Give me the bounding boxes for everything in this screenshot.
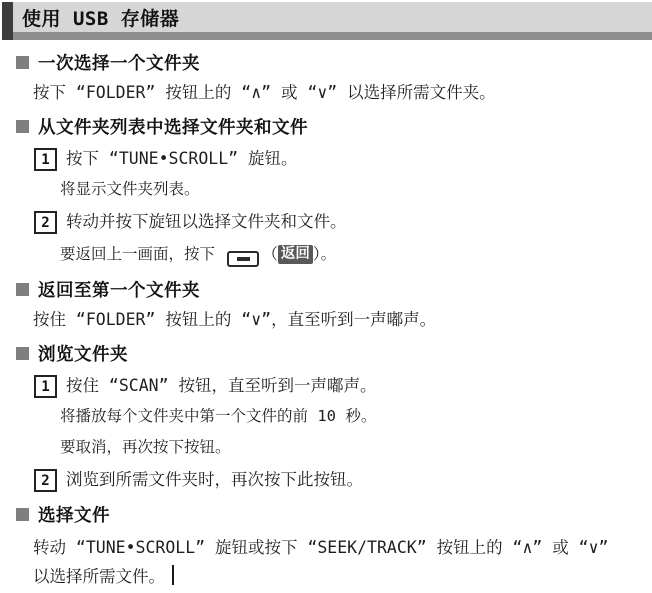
section-heading-label: 选择文件 (38, 502, 110, 527)
section-heading-browse-folders: 浏览文件夹 (16, 342, 652, 364)
back-button-dash (237, 257, 250, 261)
section-body-text: 按下 “FOLDER” 按钮上的 “∧” 或 “∨” 以选择所需文件夹。 (33, 82, 652, 104)
step-text: 浏览到所需文件夹时，再次按下此按钮。 (66, 468, 363, 492)
step-row: 1 按住 “SCAN” 按钮，直至听到一声嘟声。 (34, 374, 652, 398)
paren-close: ）。 (313, 245, 336, 263)
header-band: 使用 USB 存储器 (13, 2, 652, 40)
paren-open: （ (262, 245, 278, 263)
section-body-text: 按住 “FOLDER” 按钮上的 “∨”，直至听到一声嘟声。 (33, 309, 652, 331)
step-number-box: 2 (34, 211, 57, 234)
square-bullet-icon (16, 283, 29, 296)
section-heading-select-one-folder: 一次选择一个文件夹 (16, 51, 652, 73)
section-heading-select-file: 选择文件 (16, 503, 652, 525)
step-note: 将显示文件夹列表。 (60, 179, 652, 200)
step-note: 要取消，再次按下按钮。 (60, 437, 652, 458)
manual-content: 一次选择一个文件夹 按下 “FOLDER” 按钮上的 “∧” 或 “∨” 以选择… (0, 51, 652, 591)
section-heading-select-from-list: 从文件夹列表中选择文件夹和文件 (16, 115, 652, 137)
square-bullet-icon (16, 120, 29, 133)
section-body-inline: 转动 “TUNE•SCROLL” 旋钮或按下 “SEEK/TRACK” 按钮上的… (33, 538, 609, 586)
step-note-text: 要返回上一画面，按下 (60, 245, 224, 263)
section-heading-label: 返回至第一个文件夹 (38, 277, 200, 302)
step-note: 将播放每个文件夹中第一个文件的前 10 秒。 (60, 406, 652, 427)
square-bullet-icon (16, 508, 29, 521)
step-note-with-button: 要返回上一画面，按下 （返回）。 (60, 244, 652, 267)
square-bullet-icon (16, 56, 29, 69)
return-button-badge: 返回 (278, 245, 313, 264)
text-caret[interactable] (172, 565, 174, 585)
section-heading-label: 浏览文件夹 (38, 341, 128, 366)
step-row: 2 浏览到所需文件夹时，再次按下此按钮。 (34, 468, 652, 492)
step-number-box: 2 (34, 469, 57, 492)
back-button-icon (227, 251, 259, 267)
step-row: 1 按下 “TUNE•SCROLL” 旋钮。 (34, 147, 652, 171)
header-band-light: 使用 USB 存储器 (13, 2, 652, 32)
header-accent-bar (2, 2, 13, 40)
page-title: 使用 USB 存储器 (13, 4, 179, 31)
header-underline (13, 32, 652, 40)
step-text: 按下 “TUNE•SCROLL” 旋钮。 (66, 147, 298, 171)
step-text: 按住 “SCAN” 按钮，直至听到一声嘟声。 (66, 374, 376, 398)
section-heading-return-first-folder: 返回至第一个文件夹 (16, 278, 652, 300)
square-bullet-icon (16, 347, 29, 360)
step-number-box: 1 (34, 148, 57, 171)
step-row: 2 转动并按下旋钮以选择文件夹和文件。 (34, 210, 652, 234)
section-body-text: 转动 “TUNE•SCROLL” 旋钮或按下 “SEEK/TRACK” 按钮上的… (33, 533, 625, 591)
step-text: 转动并按下旋钮以选择文件夹和文件。 (66, 210, 347, 234)
section-heading-label: 一次选择一个文件夹 (38, 50, 200, 75)
step-number-box: 1 (34, 375, 57, 398)
page-header: 使用 USB 存储器 (0, 0, 652, 40)
section-heading-label: 从文件夹列表中选择文件夹和文件 (38, 114, 308, 139)
